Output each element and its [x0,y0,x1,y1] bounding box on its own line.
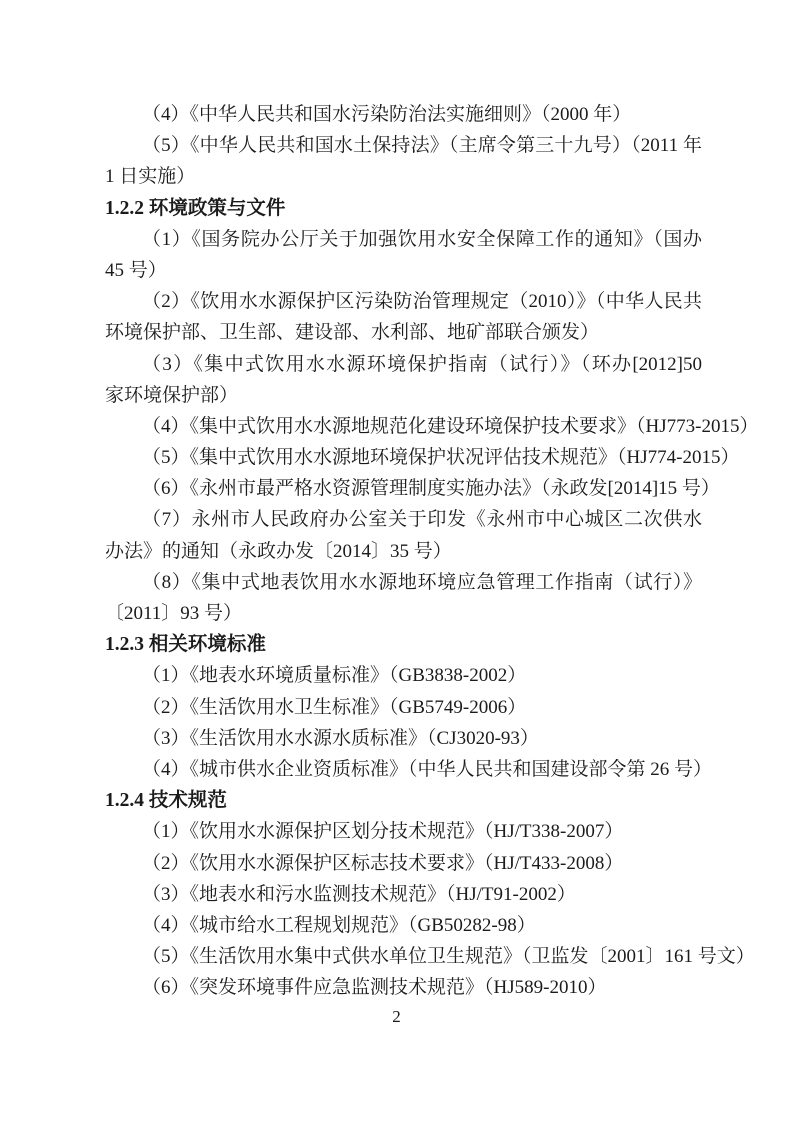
section-heading-1-2-2: 1.2.2 环境政策与文件 [105,193,702,224]
list-item: （6）《永州市最严格水资源管理制度实施办法》（永政发[2014]15 号） [105,473,702,504]
list-item: （3）《集中式饮用水水源环境保护指南（试行）》（环办[2012]50 号，国 [105,349,702,380]
list-item: （4）《城市给水工程规划规范》（GB50282-98） [105,910,702,941]
list-item: （6）《突发环境事件应急监测技术规范》（HJ589-2010） [105,972,702,1003]
section-heading-1-2-4: 1.2.4 技术规范 [105,785,702,816]
document-page: （4）《中华人民共和国水污染防治法实施细则》（2000 年） （5）《中华人民共… [0,0,793,1122]
list-item-continuation: 1 日实施） [105,161,702,192]
list-item: （4）《中华人民共和国水污染防治法实施细则》（2000 年） [105,99,702,130]
list-item: （1）《国务院办公厅关于加强饮用水安全保障工作的通知》（国办发[2005] [105,224,702,255]
list-item: （4）《集中式饮用水水源地规范化建设环境保护技术要求》（HJ773-2015） [105,411,702,442]
page-body: （4）《中华人民共和国水污染防治法实施细则》（2000 年） （5）《中华人民共… [105,99,702,1003]
list-item: （5）《生活饮用水集中式供水单位卫生规范》（卫监发〔2001〕161 号文） [105,941,702,972]
list-item: （2）《饮用水水源保护区标志技术要求》（HJ/T433-2008） [105,848,702,879]
list-item: （5）《集中式饮用水水源地环境保护状况评估技术规范》（HJ774-2015） [105,442,702,473]
list-item-continuation: 45 号） [105,255,702,286]
list-item: （1）《地表水环境质量标准》（GB3838-2002） [105,660,702,691]
list-item-continuation: 〔2011〕93 号） [105,598,702,629]
section-heading-1-2-3: 1.2.3 相关环境标准 [105,629,702,660]
list-item: （7）永州市人民政府办公室关于印发《永州市中心城区二次供水管理暂行 [105,504,702,535]
list-item: （2）《生活饮用水卫生标准》（GB5749-2006） [105,692,702,723]
list-item-continuation: 环境保护部、卫生部、建设部、水利部、地矿部联合颁发） [105,317,702,348]
list-item: （3）《生活饮用水水源水质标准》（CJ3020-93） [105,723,702,754]
page-number: 2 [0,1006,793,1028]
list-item: （8）《集中式地表饮用水水源地环境应急管理工作指南（试行）》（环办 [105,567,702,598]
list-item: （5）《中华人民共和国水土保持法》（主席令第三十九号）（2011 年 3 月 [105,130,702,161]
list-item: （1）《饮用水水源保护区划分技术规范》（HJ/T338-2007） [105,816,702,847]
list-item: （2）《饮用水水源保护区污染防治管理规定（2010）》（中华人民共和国 [105,286,702,317]
list-item: （4）《城市供水企业资质标准》（中华人民共和国建设部令第 26 号） [105,754,702,785]
list-item-continuation: 办法》的通知（永政办发〔2014〕35 号） [105,536,702,567]
list-item: （3）《地表水和污水监测技术规范》（HJ/T91-2002） [105,879,702,910]
list-item-continuation: 家环境保护部） [105,380,702,411]
